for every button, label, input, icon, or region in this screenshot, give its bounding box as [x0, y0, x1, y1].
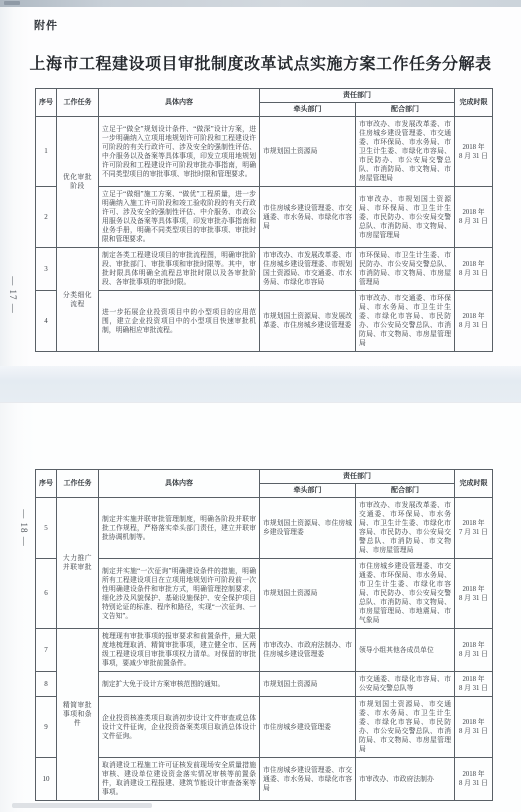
col-header-lead: 牵头部门	[260, 484, 356, 498]
task-group-cell: 大力推广并联审批	[57, 498, 99, 629]
content-cell: 企业投资核准类项目取消初步设计文件审查或总体设计文件征询，企业投资备案类项目取消…	[99, 697, 260, 758]
col-header-content: 具体内容	[99, 470, 260, 498]
support-dept-cell: 市住房城乡建设管理委、市交通委、市环保局、市水务局、市卫生计生委、市绿化市容局、…	[356, 559, 455, 629]
lead-dept-cell: 市住房城乡建设管理委、市交通委、市水务局、市绿化市容局	[260, 758, 356, 801]
scanned-document: 附件 上海市工程建设项目审批制度改革试点实施方案工作任务分解表 — 17 — 序…	[0, 0, 521, 812]
deadline-line2: 8 月 31 日	[458, 321, 489, 330]
deadline-line1: 2018 年	[458, 312, 489, 321]
lead-dept-cell: 市规划国土资源局	[260, 117, 356, 187]
deadline-cell: 2018 年 8 月 31 日	[455, 758, 493, 801]
deadline-line2: 8 月 31 日	[458, 594, 489, 603]
lead-dept-cell: 市审改办、市发展改革委、市住房城乡建设管理委、市规划国土资源局、市交通委、市水务…	[260, 248, 356, 291]
deadline-line1: 2018 年	[458, 143, 489, 152]
table-row-3: 3 分类细化流程 制定各类工程建设项目的审批流程图，明确审批阶段、审批部门、审批…	[36, 248, 493, 291]
scan-corner-artifact	[4, 1, 20, 5]
deadline-line2: 8 月 31 日	[458, 779, 489, 788]
deadline-line1: 2018 年	[458, 770, 489, 779]
deadline-line1: 2018 年	[458, 675, 489, 684]
col-header-deadline: 完成时限	[455, 89, 493, 117]
support-dept-cell: 市环保局、市卫生计生委、市民防办、市公安局交警总队、市消防局、市文物局、市房屋管…	[356, 248, 455, 291]
scan-edge-band	[0, 0, 521, 7]
header-row: 序号 工作任务 具体内容 责任部门 完成时限	[36, 89, 493, 103]
deadline-line1: 2018 年	[458, 260, 489, 269]
deadline-line2: 8 月 31 日	[458, 650, 489, 659]
deadline-line1: 2018 年	[458, 718, 489, 727]
col-header-support: 配合部门	[356, 103, 455, 117]
scan-page-gap	[0, 366, 521, 402]
deadline-cell: 2018 年 8 月 31 日	[455, 559, 493, 629]
table-row-4: 4 进一步拓展企业投资项目中的小型项目的应用范围，建立企业投资项目中的小型项目快…	[36, 291, 493, 352]
table-row-9: 9 企业投资核准类项目取消初步设计文件审查或总体设计文件征询，企业投资备案类项目…	[36, 697, 493, 758]
support-dept-cell: 领导小组其他各成员单位	[356, 629, 455, 672]
deadline-line2: 8 月 31 日	[458, 217, 489, 226]
deadline-cell: 2018 年 8 月 31 日	[455, 697, 493, 758]
table-row-6: 6 制定并实施“一次征询”明确建设条件的措施，明确所有工程建设项目在立项用地规划…	[36, 559, 493, 629]
deadline-line2: 8 月 31 日	[458, 269, 489, 278]
seq-cell: 2	[36, 187, 57, 248]
col-header-content: 具体内容	[99, 89, 260, 117]
seq-cell: 3	[36, 248, 57, 291]
col-header-responsible: 责任部门	[260, 470, 455, 484]
deadline-cell: 2018 年 7 月 31 日	[455, 498, 493, 559]
table-row-2: 2 立足于“做细”施工方案、“做优”工程质量，进一步明确纳入施工许可阶段和竣工验…	[36, 187, 493, 248]
seq-cell: 5	[36, 498, 57, 559]
col-header-support: 配合部门	[356, 484, 455, 498]
scan-smudge-artifact	[12, 803, 152, 808]
deadline-line2: 8 月 31 日	[458, 152, 489, 161]
table-row-5: 5 大力推广并联审批 制定并实施并联审批管理制度，明确各阶段并联审批工作规程，严…	[36, 498, 493, 559]
lead-dept-cell: 市审改办、市政府法制办、市住房城乡建设管理委	[260, 629, 356, 672]
task-group-cell: 分类细化流程	[57, 248, 99, 352]
deadline-cell: 2018 年 8 月 31 日	[455, 629, 493, 672]
content-cell: 制定并实施并联审批管理制度，明确各阶段并联审批工作规程，严格落实牵头部门责任，建…	[99, 498, 260, 559]
col-header-task: 工作任务	[57, 470, 99, 498]
seq-cell: 10	[36, 758, 57, 801]
deadline-line2: 8 月 31 日	[458, 727, 489, 736]
table-row-8: 8 制定扩大免于设计方案审核范围的通知。 市规划国土资源局 市交通委、市绿化市容…	[36, 672, 493, 697]
content-cell: 梳理现有审批事项的报审要求和前置条件，最大限度地梳理取消、精简审批事项，建立健全…	[99, 629, 260, 672]
seq-cell: 9	[36, 697, 57, 758]
deadline-cell: 2018 年 8 月 31 日	[455, 248, 493, 291]
deadline-line1: 2018 年	[458, 208, 489, 217]
content-cell: 立足于“做细”施工方案、“做优”工程质量，进一步明确纳入施工许可阶段和竣工验收阶…	[99, 187, 260, 248]
deadline-line1: 2018 年	[458, 519, 489, 528]
seq-cell: 4	[36, 291, 57, 352]
deadline-line2: 8 月 31 日	[458, 684, 489, 693]
content-cell: 制定各类工程建设项目的审批流程图，明确审批阶段、审批部门、审批事项和审批时限等。…	[99, 248, 260, 291]
seq-cell: 6	[36, 559, 57, 629]
page-number-18: — 18 —	[19, 498, 29, 558]
seq-cell: 8	[36, 672, 57, 697]
content-cell: 制定扩大免于设计方案审核范围的通知。	[99, 672, 260, 697]
col-header-lead: 牵头部门	[260, 103, 356, 117]
col-header-deadline: 完成时限	[455, 470, 493, 498]
deadline-cell: 2018 年 8 月 31 日	[455, 291, 493, 352]
seq-cell: 7	[36, 629, 57, 672]
lead-dept-cell: 市规划国土资源局	[260, 672, 356, 697]
document-page-2: — 18 — 序号 工作任务 具体内容 责任部门 完成时限 牵头部门 配合部门 …	[0, 402, 521, 812]
support-dept-cell: 市交通委、市绿化市容局、市公安局交警总队等	[356, 672, 455, 697]
lead-dept-cell: 市住房城乡建设管理委、市交通委、市水务局、市绿化市容局	[260, 187, 356, 248]
deadline-cell: 2018 年 8 月 31 日	[455, 672, 493, 697]
task-table-page1: 序号 工作任务 具体内容 责任部门 完成时限 牵头部门 配合部门 1 优化审批阶…	[35, 88, 493, 352]
support-dept-cell: 市审改办、市交通委、市环保局、市水务局、市卫生计生委、市绿化市容局、市民防办、市…	[356, 291, 455, 352]
lead-dept-cell: 市住房城乡建设管理委	[260, 697, 356, 758]
col-header-seq: 序号	[36, 470, 57, 498]
deadline-line2: 7 月 31 日	[458, 528, 489, 537]
col-header-seq: 序号	[36, 89, 57, 117]
content-cell: 立足于“做全”规划设计条件、“做深”设计方案，进一步明确纳入立项用地规划许可阶段…	[99, 117, 260, 187]
content-cell: 取消建设工程施工许可证核发前现场安全质量措施审核、建设单位建设资金落实情况审核等…	[99, 758, 260, 801]
deadline-cell: 2018 年 8 月 31 日	[455, 187, 493, 248]
deadline-line1: 2018 年	[458, 585, 489, 594]
table-row-1: 1 优化审批阶段 立足于“做全”规划设计条件、“做深”设计方案，进一步明确纳入立…	[36, 117, 493, 187]
header-row: 序号 工作任务 具体内容 责任部门 完成时限	[36, 470, 493, 484]
document-title: 上海市工程建设项目审批制度改革试点实施方案工作任务分解表	[0, 51, 521, 74]
deadline-cell: 2018 年 8 月 31 日	[455, 117, 493, 187]
deadline-line1: 2018 年	[458, 641, 489, 650]
task-group-cell: 精简审批事项和条件	[57, 629, 99, 801]
support-dept-cell: 市审改办、市发展改革委、市交通委、市环保局、市水务局、市卫生计生委、市绿化市容局…	[356, 498, 455, 559]
lead-dept-cell: 市规划国土资源局、市发展改革委、市住房城乡建设管理委	[260, 291, 356, 352]
support-dept-cell: 市审改办、市发展改革委、市住房城乡建设管理委、市交通委、市环保局、市水务局、市卫…	[356, 117, 455, 187]
lead-dept-cell: 市规划国土资源局	[260, 559, 356, 629]
table-row-10: 10 取消建设工程施工许可证核发前现场安全质量措施审核、建设单位建设资金落实情况…	[36, 758, 493, 801]
lead-dept-cell: 市规划国土资源局、市住房城乡建设管理委	[260, 498, 356, 559]
col-header-task: 工作任务	[57, 89, 99, 117]
document-page-1: 附件 上海市工程建设项目审批制度改革试点实施方案工作任务分解表 — 17 — 序…	[0, 7, 521, 366]
content-cell: 制定并实施“一次征询”明确建设条件的措施，明确所有工程建设项目在立项用地规划许可…	[99, 559, 260, 629]
table-row-7: 7 精简审批事项和条件 梳理现有审批事项的报审要求和前置条件，最大限度地梳理取消…	[36, 629, 493, 672]
col-header-responsible: 责任部门	[260, 89, 455, 103]
support-dept-cell: 市审改办、市政府法制办	[356, 758, 455, 801]
page-number-17: — 17 —	[8, 265, 18, 325]
support-dept-cell: 市规划国土资源局、市交通委、市水务局、市卫生计生委、市绿化市容局、市民防办、市公…	[356, 697, 455, 758]
content-cell: 进一步拓展企业投资项目中的小型项目的应用范围，建立企业投资项目中的小型项目快速审…	[99, 291, 260, 352]
attachment-label: 附件	[34, 17, 58, 33]
seq-cell: 1	[36, 117, 57, 187]
task-table-page2: 序号 工作任务 具体内容 责任部门 完成时限 牵头部门 配合部门 5 大力推广并…	[35, 469, 493, 801]
support-dept-cell: 市审改办、市规划国土资源局、市环保局、市卫生计生委、市民防办、市公安局交警总队、…	[356, 187, 455, 248]
task-group-cell: 优化审批阶段	[57, 117, 99, 248]
